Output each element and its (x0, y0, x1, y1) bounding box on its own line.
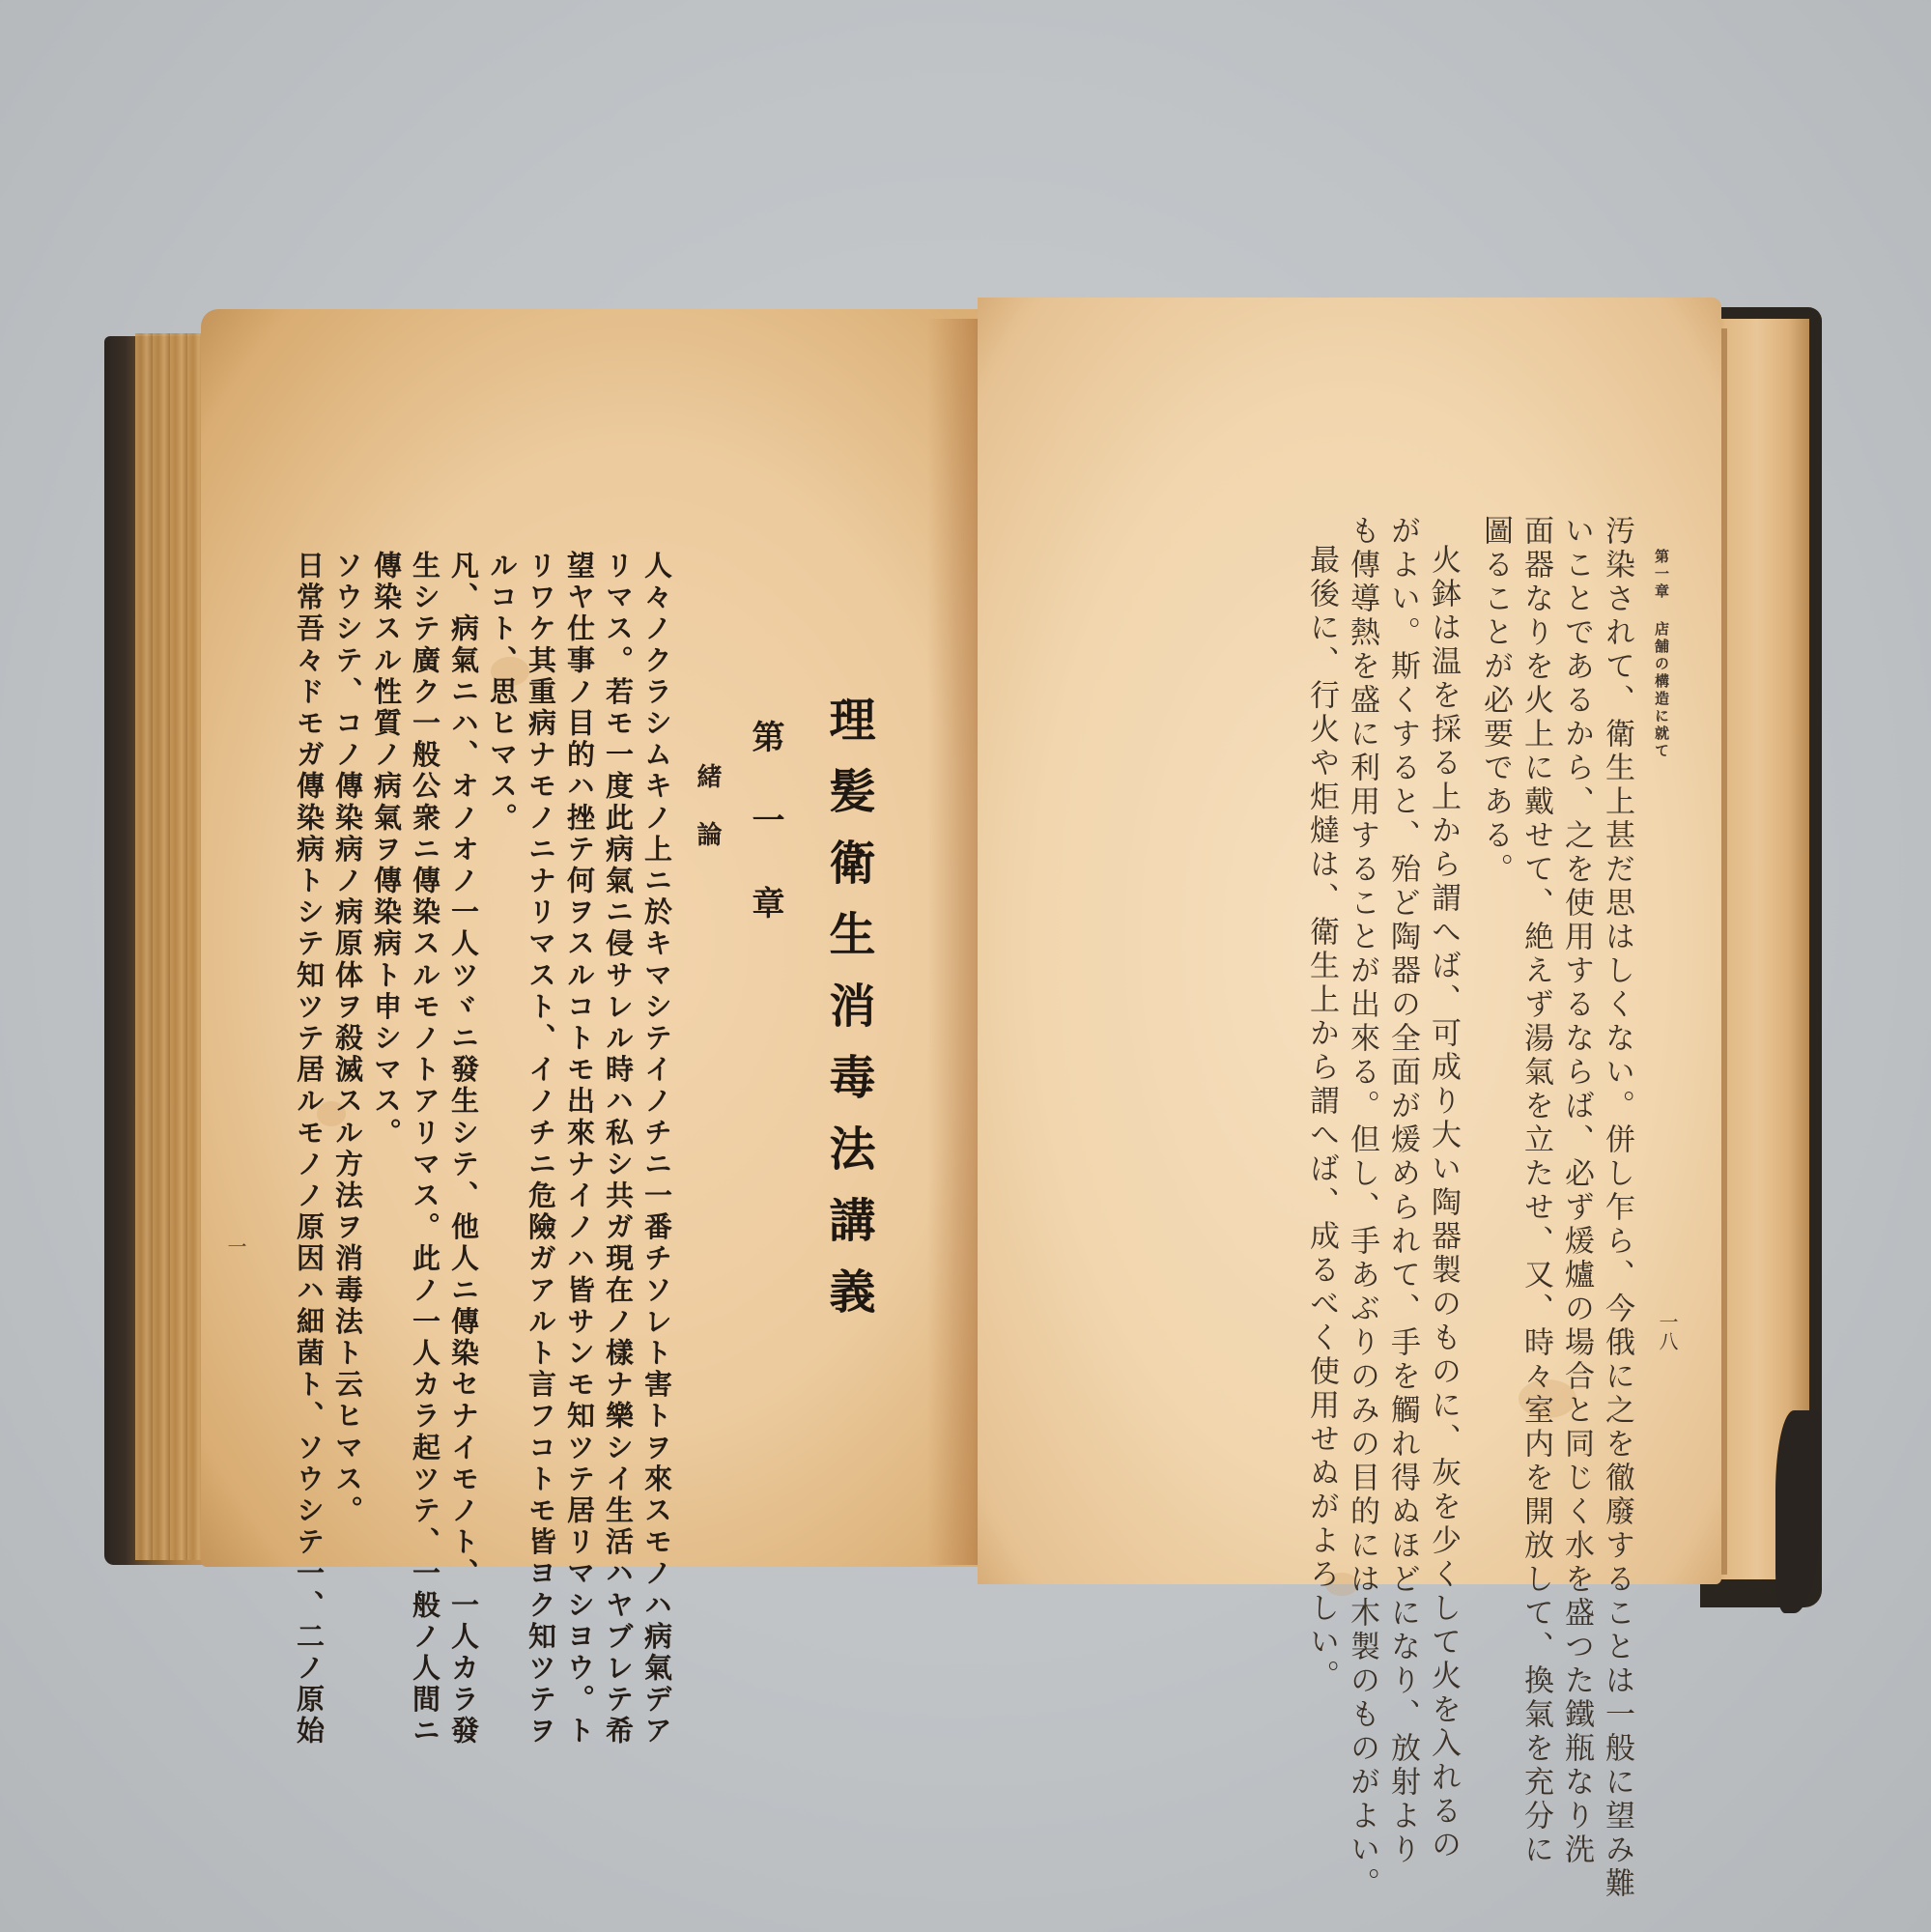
text-column: いことであるから、之を使用するならば、必ず煖爐の場合と同じく水を盛つた鐵瓶なり洗 (1555, 515, 1599, 1867)
text-column: 人々ノクラシムキノ上ニ於キマシテイノチニ一番チソレト害トヲ來スモノハ病氣デア (638, 551, 677, 1747)
text-column: 汚染されて、衛生上甚だ思はしくない。併し乍ら、今俄に之を徹廢することは一般に望み… (1596, 515, 1639, 1901)
text-column: リマス。若モ一度此病氣ニ侵サレル時ハ私シ共ガ現在ノ樣ナ樂シイ生活ハヤブレテ希 (599, 551, 639, 1747)
text-column: 面器なりを火上に戴せて、絶えず湯氣を立たせ、又、時々室内を開放して、換氣を充分に (1515, 515, 1558, 1867)
text-column: 生シテ廣ク一般公衆ニ傳染スルモノトアリマス。此ノ一人カラ起ツテ、一般ノ人間ニ (406, 551, 445, 1747)
text-column: 凡、病氣ニハ、オノオノ一人ツヾニ發生シテ、他人ニ傳染セナイモノト、一人カラ發 (444, 551, 484, 1747)
book-title: 理髪衛生消毒法講義 (815, 696, 882, 1339)
text-column: 圖ることが必要である。 (1474, 515, 1518, 887)
open-book: 理髪衛生消毒法講義 第一章 緒論 人々ノクラシムキノ上ニ於キマシテイノチニ一番チ… (0, 0, 1931, 1932)
text-column: 傳染スル性質ノ病氣ヲ傳染病ト申シマス。 (367, 551, 407, 1149)
text-column: 望ヤ仕事ノ目的ハ挫テ何ヲスルコトモ出來ナイノハ皆サンモ知ツテ居リマシヨウ。ト (560, 551, 600, 1747)
text-column: 火鉢は温を採る上から謂へば、可成り大い陶器製のものに、灰を少くして火を入れるの (1422, 544, 1465, 1862)
text-column: も傳導熱を盛に利用することが出來る。但し、手あぶりのみの目的には木製のものがよい… (1341, 515, 1384, 1901)
chapter-heading: 第一章 (742, 720, 789, 969)
text-column: 最後に、行火や炬燵は、衛生上から謂へば、成るべく使用せぬがよろしい。 (1300, 544, 1344, 1693)
right-page: 第一章 店舗の構造に就て 一八 汚染されて、衛生上甚だ思はしくない。併し乍ら、今… (978, 298, 1721, 1584)
left-page: 理髪衛生消毒法講義 第一章 緒論 人々ノクラシムキノ上ニ於キマシテイノチニ一番チ… (201, 309, 993, 1567)
page-stack-stain (1721, 328, 1727, 1575)
text-column: ルコト、思ヒマス。 (483, 551, 523, 834)
section-heading: 緒論 (690, 763, 725, 879)
page-number: 一 (222, 1236, 250, 1256)
running-head-title: 店舗の構造に就て (1652, 621, 1672, 760)
page-number: 一八 (1654, 1312, 1682, 1350)
text-column: 日常吾々ドモガ傳染病トシテ知ツテ居ルモノノ原因ハ細菌ト、ソウシテ一、二ノ原始 (290, 551, 329, 1747)
text-column: がよい。斯くすると、殆ど陶器の全面が煖められて、手を觸れ得ぬほどになり、放射より (1381, 515, 1425, 1867)
text-column: ソウシテ、コノ傳染病ノ病原体ヲ殺滅スル方法ヲ消毒法ト云ヒマス。 (328, 551, 368, 1527)
text-column: リワケ其重病ナモノニナリマスト、イノチニ危險ガアルト言フコトモ皆ヨク知ツテヲ (522, 551, 561, 1747)
running-head-chapter: 第一章 (1652, 549, 1672, 601)
